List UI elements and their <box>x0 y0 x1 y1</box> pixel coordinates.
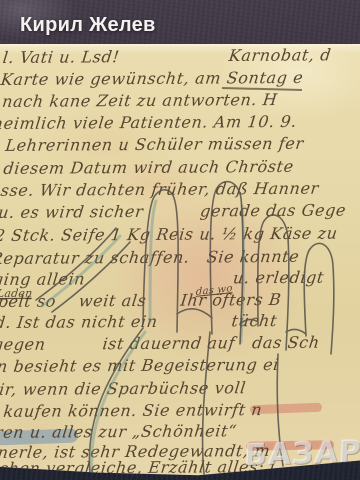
handwriting-line: en besieht es mit Begeisterung ei <box>0 355 280 377</box>
handwriting-line: u Lehrerinnen u Schüler müssen fer <box>0 134 305 156</box>
handwriting-line: wir, wenn die Sparbüchse voll <box>0 378 247 400</box>
handwriting-salutation: l. Vati u. Lsd! <box>2 47 121 68</box>
handwriting-line: gegen ist dauernd auf das Sch <box>0 333 321 355</box>
seller-name-title: Кирил Желев <box>20 14 156 37</box>
handwriting-line: n diesem Datum wird auch Chröste <box>0 157 295 179</box>
handwriting-line: spelt so weit als Ihr öfters B <box>0 290 282 312</box>
handwriting-line: Karte wie gewünscht, am Sontag e <box>0 68 305 90</box>
bazar-watermark: БАЗАР <box>243 434 360 474</box>
handwriting-line: heimlich viele Patienten. Am 10. 9. <box>0 112 298 134</box>
handwriting-line: n kaufen können. Sie entwirft n <box>0 400 263 422</box>
postcard-photo: l. Vati u. Lsd! Karnobat, d Karte wie ge… <box>0 44 360 480</box>
handwriting-line: Reparatur zu schaffen. Sie konnte <box>0 247 300 269</box>
handwriting-line: lasse. Wir dachten früher, daß Hanner <box>0 179 320 201</box>
handwriting-line: eren u. alles zur „Schönheit“ <box>0 421 238 443</box>
handwriting-line: d. Ist das nicht ein tücht <box>0 311 278 333</box>
handwriting-line: ging allein u. erledigt <box>0 268 325 290</box>
handwriting-line: 2 Stck. Seife 1 Kg Reis u. ½ kg Käse zu <box>0 224 339 246</box>
handwriting-dateline: Karnobat, d <box>228 45 333 66</box>
handwriting-line: l u. es wird sicher gerade das Gege <box>0 200 347 223</box>
listing-photo: l. Vati u. Lsd! Karnobat, d Karte wie ge… <box>0 0 360 480</box>
handwriting-line: achen vergleiche, Erzählt alles; i <box>0 457 277 479</box>
handwriting-line: l nach kane Zeit zu antworten. H <box>0 90 279 112</box>
